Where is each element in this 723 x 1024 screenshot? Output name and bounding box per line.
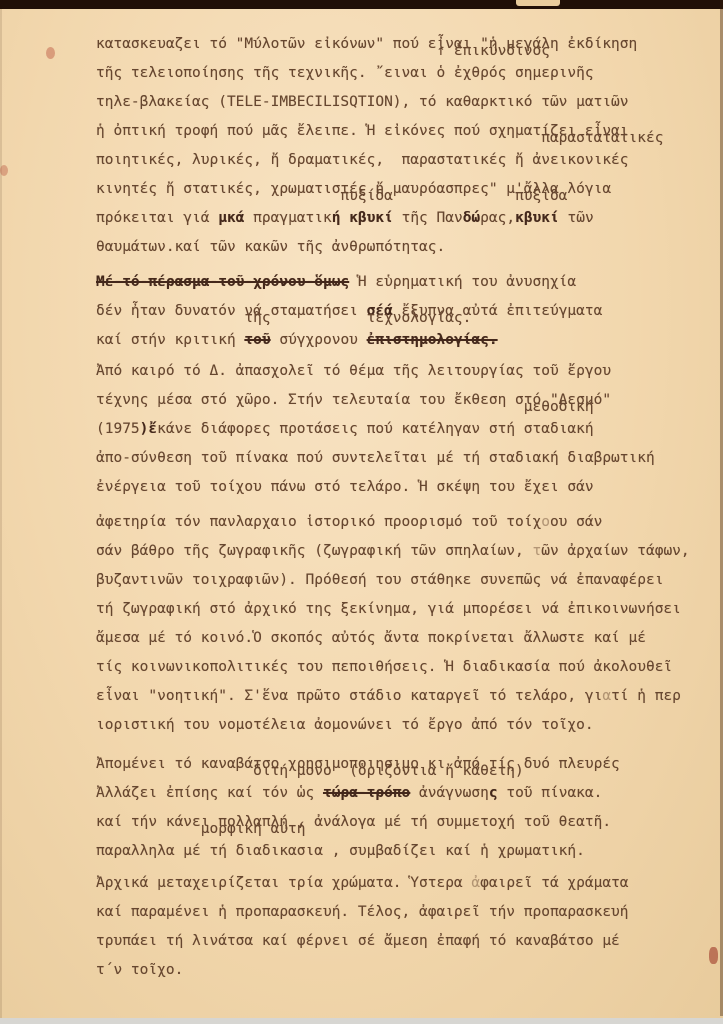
text-segment: σάν βάθρο τῆς ζωγραφικῆς (ζωγραφική τῶν … bbox=[96, 543, 533, 559]
text-segment: τρυπάει τή λινάτσα καί φέρνει σέ ἄμεση ἐ… bbox=[96, 933, 620, 949]
text-segment: Ἀπό καιρό τό Δ. ἀπασχολεῖ τό θέμα τῆς λε… bbox=[96, 363, 611, 379]
text-segment: ἐνέργεια τοῦ τοίχου πάνω στό τελάρο. Ἡ σ… bbox=[96, 479, 594, 495]
text-line: τρυπάει τή λινάτσα καί φέρνει σέ ἄμεση ἐ… bbox=[96, 927, 723, 956]
text-line: Ἀπό καιρό τό Δ. ἀπασχολεῖ τό θέμα τῆς λε… bbox=[96, 357, 723, 386]
struck-text-segment: Μέ-τό-πέρασμα-τοῦ-χρόνου-ὅμως bbox=[96, 274, 349, 290]
text-line: τ´ν τοῖχο. bbox=[96, 956, 723, 985]
overtyped-text-segment: ς bbox=[489, 785, 498, 801]
text-segment: πυξίδα πυξίδα bbox=[96, 188, 567, 204]
text-segment: τίς κοινωνικοπολιτικές του πεποιθήσεις. … bbox=[96, 659, 672, 675]
text-line: θαυμάτων.καί τῶν κακῶν τῆς ἀνθρωπότητας. bbox=[96, 233, 723, 262]
text-segment: μορφική αὐτή bbox=[96, 821, 306, 837]
text-line: ἀφετηρία τόν πανλαρχαιο ἱστορικό προορισ… bbox=[96, 508, 723, 537]
text-line: ἀπο-σύνθεση τοῦ πίνακα πού συντελεῖται μ… bbox=[96, 444, 723, 473]
text-segment: Ἀλλάζει ἐπίσης καί τόν ὡς bbox=[96, 785, 323, 801]
text-segment: καί στήν κριτική bbox=[96, 332, 244, 348]
text-segment: τῶν bbox=[559, 210, 594, 226]
text-segment: Ἡ εὑρηματική του ἀνυσηχία bbox=[349, 274, 576, 290]
struck-text-segment: ἐπιστημολογίας. bbox=[367, 332, 498, 348]
text-segment: σύγχρονου bbox=[271, 332, 367, 348]
text-segment: παραστατατικές bbox=[96, 130, 663, 146]
overtyped-text-segment: δώ bbox=[463, 210, 480, 226]
text-segment: ου σάν bbox=[550, 514, 602, 530]
overtyped-text-segment: )ἔ bbox=[140, 421, 157, 437]
text-segment: τῆς Παν bbox=[393, 210, 463, 226]
text-segment: Ἀρχικά μεταχειρίζεται τρία χρώματα. Ὑστε… bbox=[96, 875, 471, 891]
text-line: καί παραμένει ἡ προπαρασκευή. Τέλος, ἀφα… bbox=[96, 898, 723, 927]
struck-text-segment: τοῦ bbox=[244, 332, 270, 348]
text-segment: ποιητικές, λυρικές, ἤ δραματικές, παραστ… bbox=[96, 152, 629, 168]
text-segment: τηλε-βλακείας (TELE-IMBECILISQTION), τό … bbox=[96, 94, 629, 110]
text-line: (1975)ἔκάνε διάφορες προτάσεις πού κατέλ… bbox=[96, 415, 723, 444]
manuscript-page: κατασκευαζει τό "Μύλοτῶν εἰκόνων" πού εἶ… bbox=[0, 0, 723, 1024]
page-edge-top bbox=[0, 0, 723, 9]
text-line: Ἀρχικά μεταχειρίζεται τρία χρώματα. Ὑστε… bbox=[96, 869, 723, 898]
text-segment: φαιρεῖ τά χράματα bbox=[480, 875, 628, 891]
text-segment: ιοριστική του νομοτέλεια ἀομονώνει τό ἔρ… bbox=[96, 717, 594, 733]
text-segment: ἀπο-σύνθεση τοῦ πίνακα πού συντελεῖται μ… bbox=[96, 450, 655, 466]
text-segment: τί ἡ περ bbox=[611, 688, 681, 704]
text-line: Μέ-τό-πέρασμα-τοῦ-χρόνου-ὅμως Ἡ εὑρηματι… bbox=[96, 268, 723, 297]
faded-text-segment: τ bbox=[533, 543, 542, 559]
text-segment: τή ζωγραφική στό ἀρχικό της ξεκίνημα, γι… bbox=[96, 601, 681, 617]
text-segment bbox=[340, 210, 349, 226]
faded-text-segment: ἀ bbox=[471, 875, 480, 891]
overtyped-text-segment: κβυκί bbox=[349, 210, 393, 226]
text-line: τηλε-βλακείας (TELE-IMBECILISQTION), τό … bbox=[96, 88, 723, 117]
text-segment: τῆς τεχνολογίας. bbox=[96, 310, 471, 326]
text-line: τή ζωγραφική στό ἀρχικό της ξεκίνημα, γι… bbox=[96, 595, 723, 624]
text-segment: πραγματικ bbox=[244, 210, 331, 226]
text-segment: ἀνάγνωση bbox=[410, 785, 489, 801]
text-line: εἶναι "νοητική". Σ'ἕνα πρῶτο στάδιο κατα… bbox=[96, 682, 723, 711]
text-segment: τ´ν τοῖχο. bbox=[96, 962, 183, 978]
text-segment: τοῦ πίνακα. bbox=[498, 785, 603, 801]
overtyped-text-segment: μκά bbox=[218, 210, 244, 226]
page-edge-bottom bbox=[0, 1018, 723, 1024]
text-segment: πρόκειται γιά bbox=[96, 210, 218, 226]
text-segment: τῆς τελειοποίησης τῆς τεχνικῆς. ῎ειναι ὁ… bbox=[96, 65, 594, 81]
text-segment: (1975 bbox=[96, 421, 140, 437]
text-segment: βυζαντινῶν τοιχραφιῶν). Πρόθεσή του στάθ… bbox=[96, 572, 663, 588]
text-line: τίς κοινωνικοπολιτικές του πεποιθήσεις. … bbox=[96, 653, 723, 682]
text-line: πρόκειται γιά μκά πραγματική κβυκί τῆς Π… bbox=[96, 204, 723, 233]
text-line: παραλληλα μέ τή διαδικασια , συμβαδίζει … bbox=[96, 837, 723, 866]
overtyped-text-segment: κβυκί bbox=[515, 210, 559, 226]
text-line: ιοριστική του νομοτέλεια ἀομονώνει τό ἔρ… bbox=[96, 711, 723, 740]
text-segment: θαυμάτων.καί τῶν κακῶν τῆς ἀνθρωπότητας. bbox=[96, 239, 445, 255]
text-line: τῆς τελειοποίησης τῆς τεχνικῆς. ῎ειναι ὁ… bbox=[96, 59, 723, 88]
text-line: ποιητικές, λυρικές, ἤ δραματικές, παραστ… bbox=[96, 146, 723, 175]
text-segment: ῶν ἀρχαίων τάφων, bbox=[541, 543, 689, 559]
text-line: ἄμεσα μέ τό κοινό.Ὁ σκοπός αὐτός ἄντα πο… bbox=[96, 624, 723, 653]
page-edge-top-notch bbox=[516, 0, 560, 6]
text-segment: καί παραμένει ἡ προπαρασκευή. Τέλος, ἀφα… bbox=[96, 904, 629, 920]
text-line: Ἀλλάζει ἐπίσης καί τόν ὡς τώρα-τρόπο ἀνά… bbox=[96, 779, 723, 808]
text-line: σάν βάθρο τῆς ζωγραφικῆς (ζωγραφική τῶν … bbox=[96, 537, 723, 566]
text-segment: ρας, bbox=[480, 210, 515, 226]
stain-mark bbox=[46, 47, 55, 59]
text-segment: κάνε διάφορες προτάσεις πού κατέληγαν στ… bbox=[157, 421, 594, 437]
text-line: βυζαντινῶν τοιχραφιῶν). Πρόθεσή του στάθ… bbox=[96, 566, 723, 595]
typewritten-text: κατασκευαζει τό "Μύλοτῶν εἰκόνων" πού εἶ… bbox=[96, 30, 723, 985]
text-segment: διτή μονο (ὁριζόντια ἤ κάθετη) bbox=[96, 763, 524, 779]
text-segment: ἄμεσα μέ τό κοινό.Ὁ σκοπός αὐτός ἄντα πο… bbox=[96, 630, 646, 646]
faded-text-segment: α bbox=[602, 688, 611, 704]
text-line: ἐνέργεια τοῦ τοίχου πάνω στό τελάρο. Ἡ σ… bbox=[96, 473, 723, 502]
text-segment: μεθοδική bbox=[96, 399, 594, 415]
faded-text-segment: ο bbox=[541, 514, 550, 530]
struck-text-segment: τώρα-τρόπο bbox=[323, 785, 410, 801]
page-edge-left bbox=[0, 9, 2, 1018]
stain-mark bbox=[0, 165, 8, 176]
text-segment: ἀφετηρία τόν πανλαρχαιο ἱστορικό προορισ… bbox=[96, 514, 541, 530]
text-segment: εἶναι "νοητική". Σ'ἕνα πρῶτο στάδιο κατα… bbox=[96, 688, 602, 704]
text-segment: ↑ ἐπικύνδινος bbox=[96, 43, 550, 59]
text-segment: παραλληλα μέ τή διαδικασια , συμβαδίζει … bbox=[96, 843, 585, 859]
text-line: καί στήν κριτική τοῦ σύγχρονου ἐπιστημολ… bbox=[96, 326, 723, 355]
